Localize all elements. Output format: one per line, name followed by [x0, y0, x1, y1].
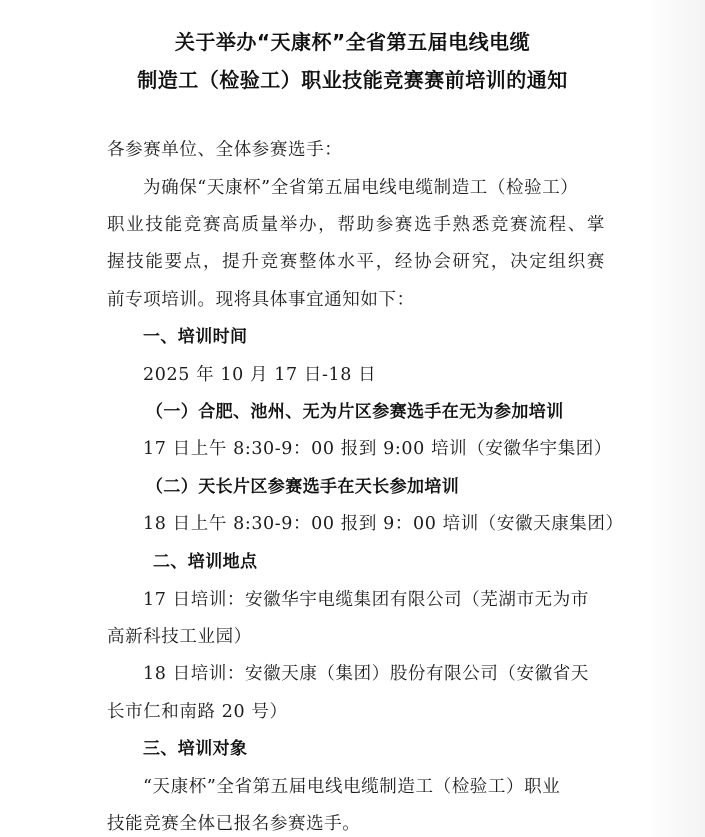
- training-date: 2025 年 10 月 17 日-18 日: [143, 364, 643, 386]
- location-2-line-2: 长市仁和南路 20 号）: [107, 701, 607, 723]
- section-heading-participants: 三、培训对象: [143, 738, 643, 760]
- location-2-line-1: 18 日培训：安徽天康（集团）股份有限公司（安徽省天: [143, 663, 643, 685]
- location-1-line-1: 17 日培训：安徽华宇电缆集团有限公司（芜湖市无为市: [143, 589, 643, 611]
- intro-line-3: 握技能要点，提升竞赛整体水平，经协会研究，决定组织赛: [107, 251, 605, 273]
- document-title-line-1: 关于举办“天康杯”全省第五届电线电缆: [0, 26, 705, 55]
- group-2-heading: （二）天长片区参赛选手在天长参加培训: [146, 476, 646, 498]
- group-1-detail: 17 日上午 8:30-9：00 报到 9:00 培训（安徽华宇集团）: [143, 438, 643, 460]
- salutation: 各参赛单位、全体参赛选手：: [107, 139, 607, 161]
- intro-line-1: 为确保“天康杯”全省第五届电线电缆制造工（检验工）: [143, 177, 643, 199]
- location-1-line-2: 高新科技工业园）: [107, 626, 607, 648]
- participants-line-1: “天康杯”全省第五届电线电缆制造工（检验工）职业: [143, 776, 643, 798]
- section-heading-time: 一、培训时间: [143, 326, 643, 348]
- group-2-detail: 18 日上午 8:30-9：00 报到 9：00 培训（安徽天康集团）: [143, 513, 643, 535]
- intro-line-2: 职业技能竞赛高质量举办，帮助参赛选手熟悉竞赛流程、掌: [107, 214, 605, 236]
- section-heading-location: 二、培训地点: [153, 551, 653, 573]
- participants-line-2: 技能竞赛全体已报名参赛选手。: [107, 813, 607, 835]
- document-title-line-2: 制造工（检验工）职业技能竞赛赛前培训的通知: [0, 64, 705, 93]
- intro-line-4: 前专项培训。现将具体事宜通知如下：: [107, 289, 607, 311]
- page-edge-shadow: [645, 0, 705, 837]
- group-1-heading: （一）合肥、池州、无为片区参赛选手在无为参加培训: [146, 401, 646, 423]
